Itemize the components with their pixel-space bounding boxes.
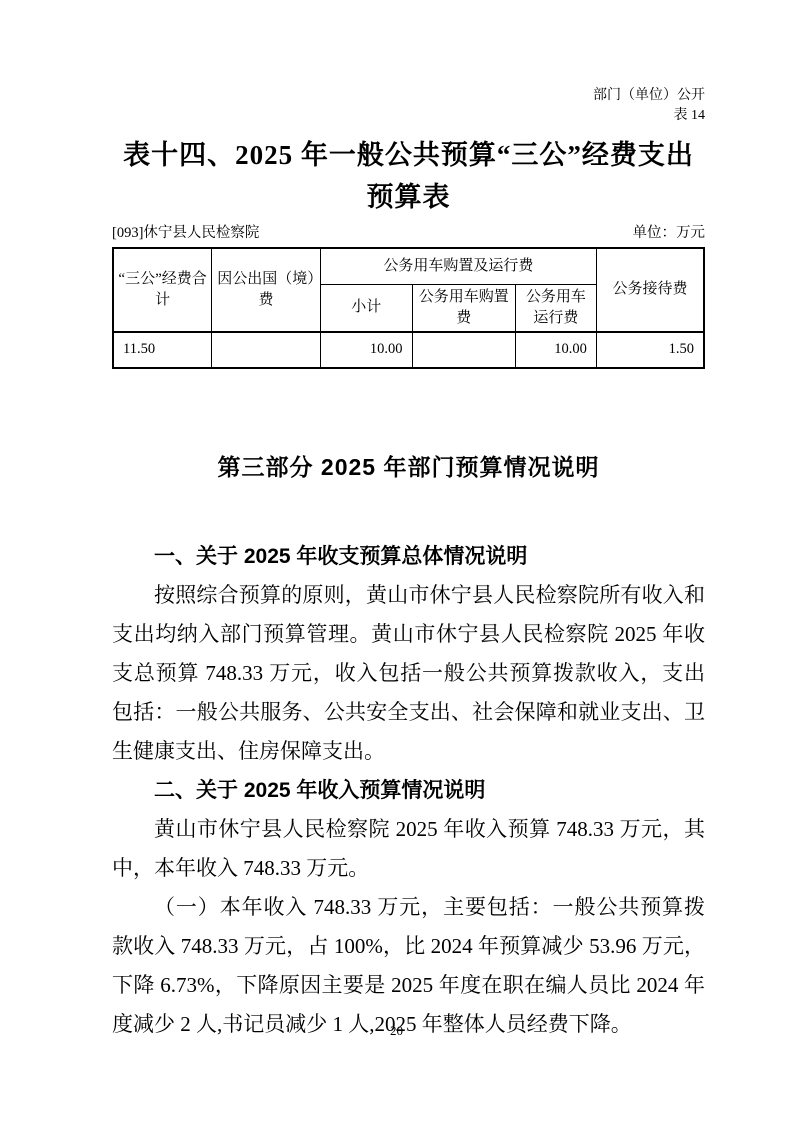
subsection-heading-2: 二、关于 2025 年收入预算情况说明 <box>112 771 705 810</box>
table-meta-row: [093]休宁县人民检察院 单位：万元 <box>112 223 705 243</box>
page-number: 20 <box>0 1022 793 1040</box>
cell-total: 11.50 <box>113 332 212 368</box>
document-page: 部门（单位）公开 表 14 表十四、2025 年一般公共预算“三公”经费支出 预… <box>0 0 793 1122</box>
cell-purchase <box>412 332 515 368</box>
col-header-subtotal: 小计 <box>320 284 412 332</box>
subsection-heading-1: 一、关于 2025 年收支预算总体情况说明 <box>112 537 705 576</box>
doc-header: 部门（单位）公开 表 14 <box>112 0 705 126</box>
page-title: 表十四、2025 年一般公共预算“三公”经费支出 预算表 <box>112 134 705 218</box>
unit-label: 单位：万元 <box>633 223 706 243</box>
page-content: 部门（单位）公开 表 14 表十四、2025 年一般公共预算“三公”经费支出 预… <box>112 0 705 1044</box>
section-title: 第三部分 2025 年部门预算情况说明 <box>112 453 705 481</box>
cell-abroad <box>212 332 321 368</box>
org-code-name: [093]休宁县人民检察院 <box>112 223 259 243</box>
page-title-line2: 预算表 <box>112 176 705 218</box>
paragraph-3: （一）本年收入 748.33 万元，主要包括：一般公共预算拨款收入 748.33… <box>112 888 705 1044</box>
section-body: 一、关于 2025 年收支预算总体情况说明 按照综合预算的原则，黄山市休宁县人民… <box>112 537 705 1044</box>
doc-table-number: 表 14 <box>112 106 705 126</box>
paragraph-1: 按照综合预算的原则，黄山市休宁县人民检察院所有收入和支出均纳入部门预算管理。黄山… <box>112 576 705 771</box>
page-title-line1: 表十四、2025 年一般公共预算“三公”经费支出 <box>112 134 705 176</box>
col-header-abroad: 因公出国（境）费 <box>212 248 321 332</box>
col-header-purchase: 公务用车购置费 <box>412 284 515 332</box>
cell-reception: 1.50 <box>596 332 704 368</box>
cell-operation: 10.00 <box>515 332 596 368</box>
paragraph-2: 黄山市休宁县人民检察院 2025 年收入预算 748.33 万元，其中，本年收入… <box>112 810 705 888</box>
col-header-vehicle-group: 公务用车购置及运行费 <box>320 248 596 284</box>
col-header-total: “三公”经费合计 <box>113 248 212 332</box>
col-header-reception: 公务接待费 <box>596 248 704 332</box>
doc-disclosure-label: 部门（单位）公开 <box>112 86 705 106</box>
col-header-operation: 公务用车运行费 <box>515 284 596 332</box>
budget-table: “三公”经费合计 因公出国（境）费 公务用车购置及运行费 公务接待费 小计 公务… <box>112 247 705 369</box>
table-row: 11.50 10.00 10.00 1.50 <box>113 332 704 368</box>
cell-subtotal: 10.00 <box>320 332 412 368</box>
